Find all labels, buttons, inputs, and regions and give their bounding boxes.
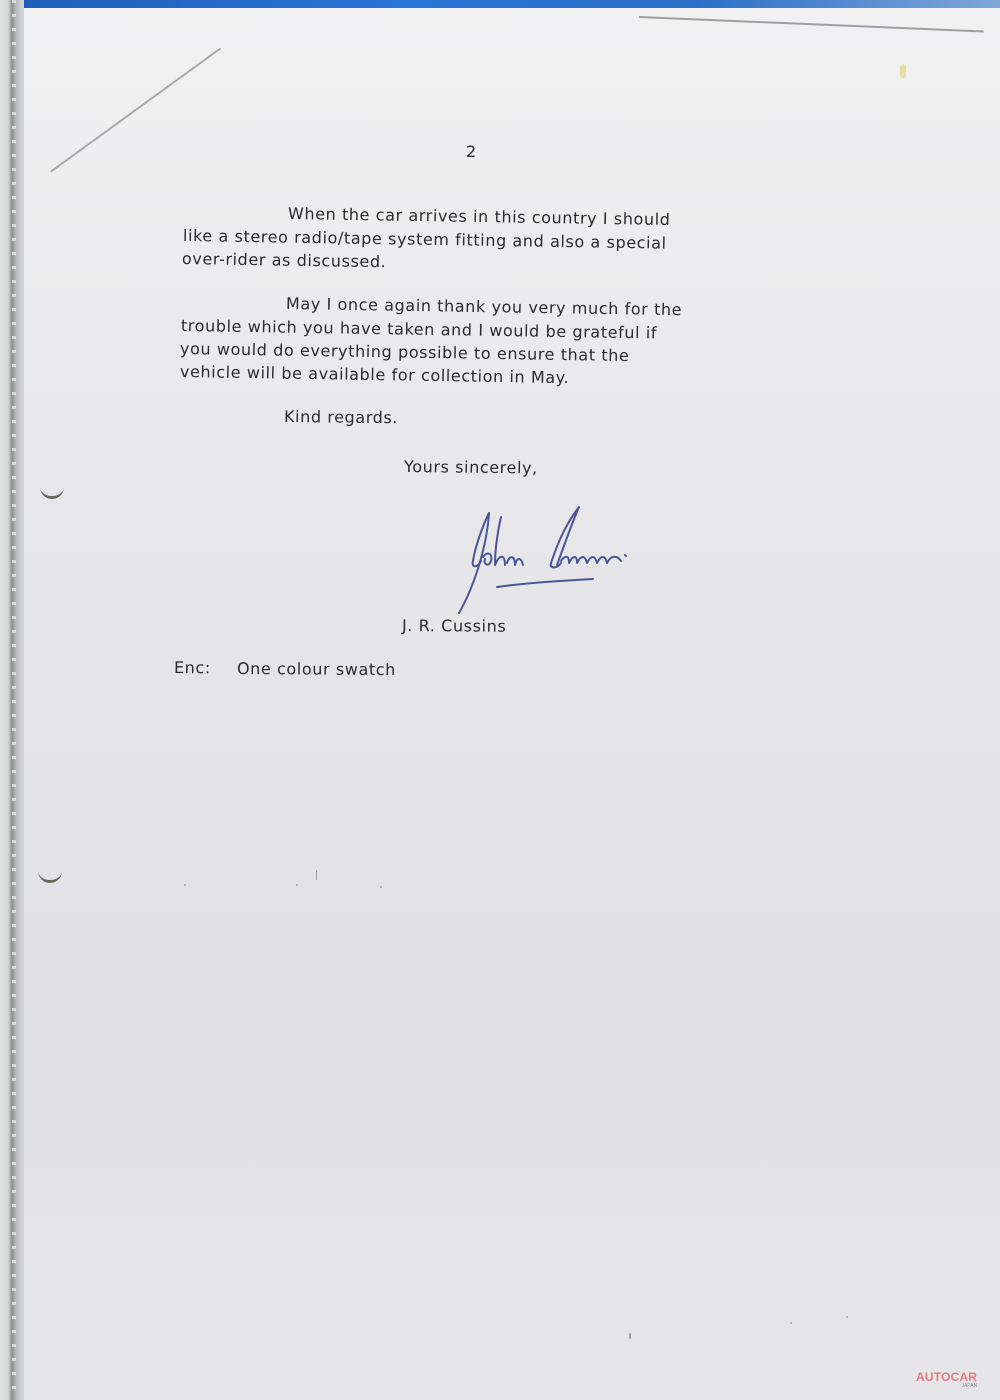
ink-speck: [790, 1322, 792, 1324]
enclosure-text: One colour swatch: [237, 659, 396, 679]
valediction: Yours sincerely,: [404, 457, 538, 477]
handwritten-signature: [445, 495, 665, 630]
ink-speck: [296, 884, 298, 886]
watermark-brand: AUTOCAR: [916, 1370, 977, 1384]
paragraph-1-line-3: over-rider as discussed.: [182, 249, 387, 271]
autocar-watermark: AUTOCAR JAPAN: [916, 1366, 977, 1389]
paper-stain: [900, 64, 906, 78]
corner-fold-line: [50, 48, 221, 173]
enclosure-label: Enc:: [174, 658, 211, 677]
page-number: 2: [466, 142, 477, 161]
closing-regards: Kind regards.: [284, 407, 398, 427]
signatory-name: J. R. Cussins: [402, 616, 506, 636]
punch-hole-icon: [40, 486, 64, 499]
ink-speck: [846, 1316, 848, 1318]
sleeve-crease-line: [639, 16, 984, 32]
punch-hole-icon: [38, 870, 62, 883]
ink-speck: [184, 884, 186, 886]
ink-speck: [316, 870, 317, 880]
plastic-sleeve-edge: [0, 0, 24, 1400]
ink-speck: [380, 886, 382, 888]
ink-speck: [629, 1333, 631, 1339]
